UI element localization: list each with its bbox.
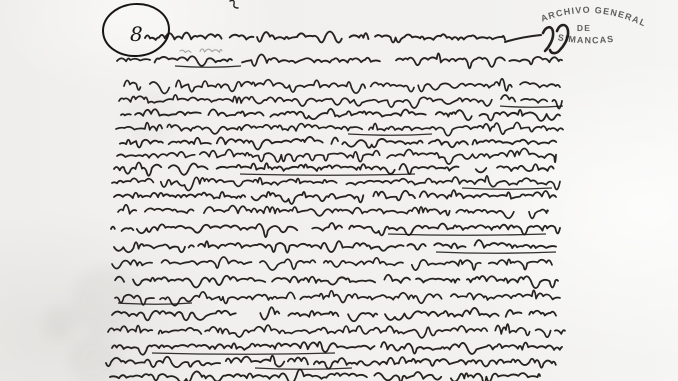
flourish-stroke (230, 0, 238, 8)
handwriting-layer (106, 0, 568, 381)
underline-stroke (175, 66, 241, 67)
paper-smudge (44, 306, 76, 338)
handwriting-line (120, 137, 558, 150)
handwriting-line (114, 240, 556, 253)
flourish-stroke (505, 35, 541, 42)
paper-smudges (44, 92, 176, 381)
paper-smudge (69, 334, 121, 381)
stamp-arc-top: ARCHIVO GENERAL (539, 5, 648, 29)
flourish-stroke (543, 27, 553, 51)
handwriting-line (112, 342, 562, 355)
handwriting-line (115, 275, 558, 288)
handwriting-line (112, 176, 560, 191)
handwriting-line (114, 190, 556, 204)
stamp-middle: DE (577, 23, 591, 33)
folio-circle-annotation: 8 (101, 2, 170, 58)
handwriting-line (108, 324, 565, 338)
handwriting-line (118, 205, 548, 219)
handwriting-line (117, 148, 556, 164)
handwriting-line (106, 356, 556, 369)
manuscript-scan-page: ARCHIVO GENERAL DE SIMANCAS 8 (0, 0, 678, 381)
underline-stroke (152, 353, 335, 354)
handwriting-line (145, 32, 505, 43)
handwriting-line (119, 95, 562, 109)
underline-stroke (500, 106, 563, 107)
handwriting-line (110, 369, 540, 381)
archive-stamp: ARCHIVO GENERAL DE SIMANCAS (539, 5, 648, 45)
handwriting-line (180, 49, 222, 53)
paper-smudge (71, 266, 139, 334)
underline-stroke (388, 234, 546, 235)
underline-stroke (255, 368, 352, 369)
underline-stroke (462, 188, 552, 189)
handwriting-line (112, 257, 552, 270)
handwriting-line (112, 307, 556, 321)
underline-stroke (118, 303, 192, 304)
handwriting-line (116, 122, 563, 135)
underline-stroke (436, 252, 556, 253)
handwriting-line (114, 162, 554, 175)
handwriting-line (121, 109, 560, 121)
handwriting-line (124, 79, 560, 94)
underline-stroke (348, 134, 432, 135)
manuscript-artwork: ARCHIVO GENERAL DE SIMANCAS 8 (0, 0, 678, 381)
folio-numeral: 8 (130, 22, 143, 46)
underline-stroke (240, 174, 415, 175)
